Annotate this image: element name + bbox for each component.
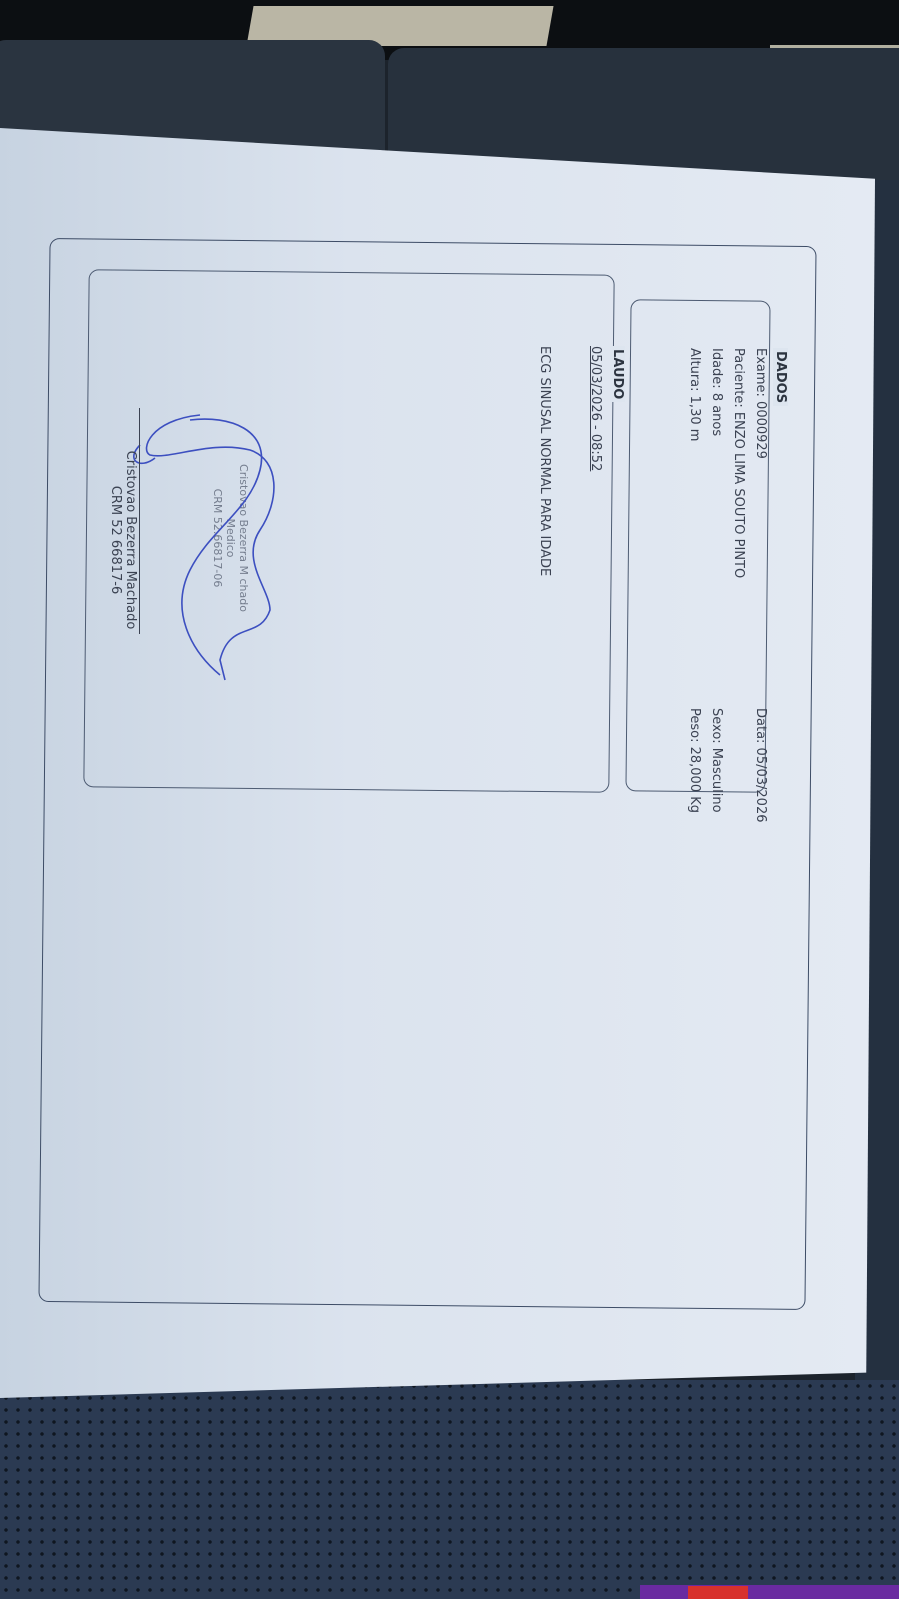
laudo-section: LAUDO 05/03/2026 - 08:52 ECG SINUSAL NOR… (534, 346, 628, 576)
exam-date: Data: 05/03/2026 (754, 708, 769, 822)
laudo-datetime: 05/03/2026 - 08:52 (589, 346, 604, 471)
object-edge (640, 1585, 899, 1599)
dados-title: DADOS (774, 348, 789, 406)
car-seat-cushion (0, 1380, 899, 1599)
laudo-result-text: ECG SINUSAL NORMAL PARA IDADE (538, 346, 553, 576)
patient-name: Paciente: ENZO LIMA SOUTO PINTO (732, 348, 747, 708)
dados-section: DADOS Exame: 0000929 Data: 05/03/2026 Pa… (684, 348, 790, 822)
signature-crm: CRM 52 66817-6 (108, 440, 123, 640)
signature-block: Cristovao Bezerra Machado CRM 52 66817-6 (108, 440, 138, 640)
signature-line (139, 408, 140, 634)
object-edge (688, 1586, 748, 1599)
signature-name: Cristovao Bezerra Machado (123, 440, 138, 640)
handwritten-signature (130, 410, 290, 690)
patient-height: Altura: 1,30 m (688, 348, 703, 708)
patient-age: Idade: 8 anos (710, 348, 725, 708)
laudo-title: LAUDO (611, 346, 626, 402)
patient-weight: Peso: 28,000 Kg (688, 708, 703, 813)
exame-number: Exame: 0000929 (754, 348, 769, 708)
patient-sex: Sexo: Masculino (710, 708, 725, 813)
